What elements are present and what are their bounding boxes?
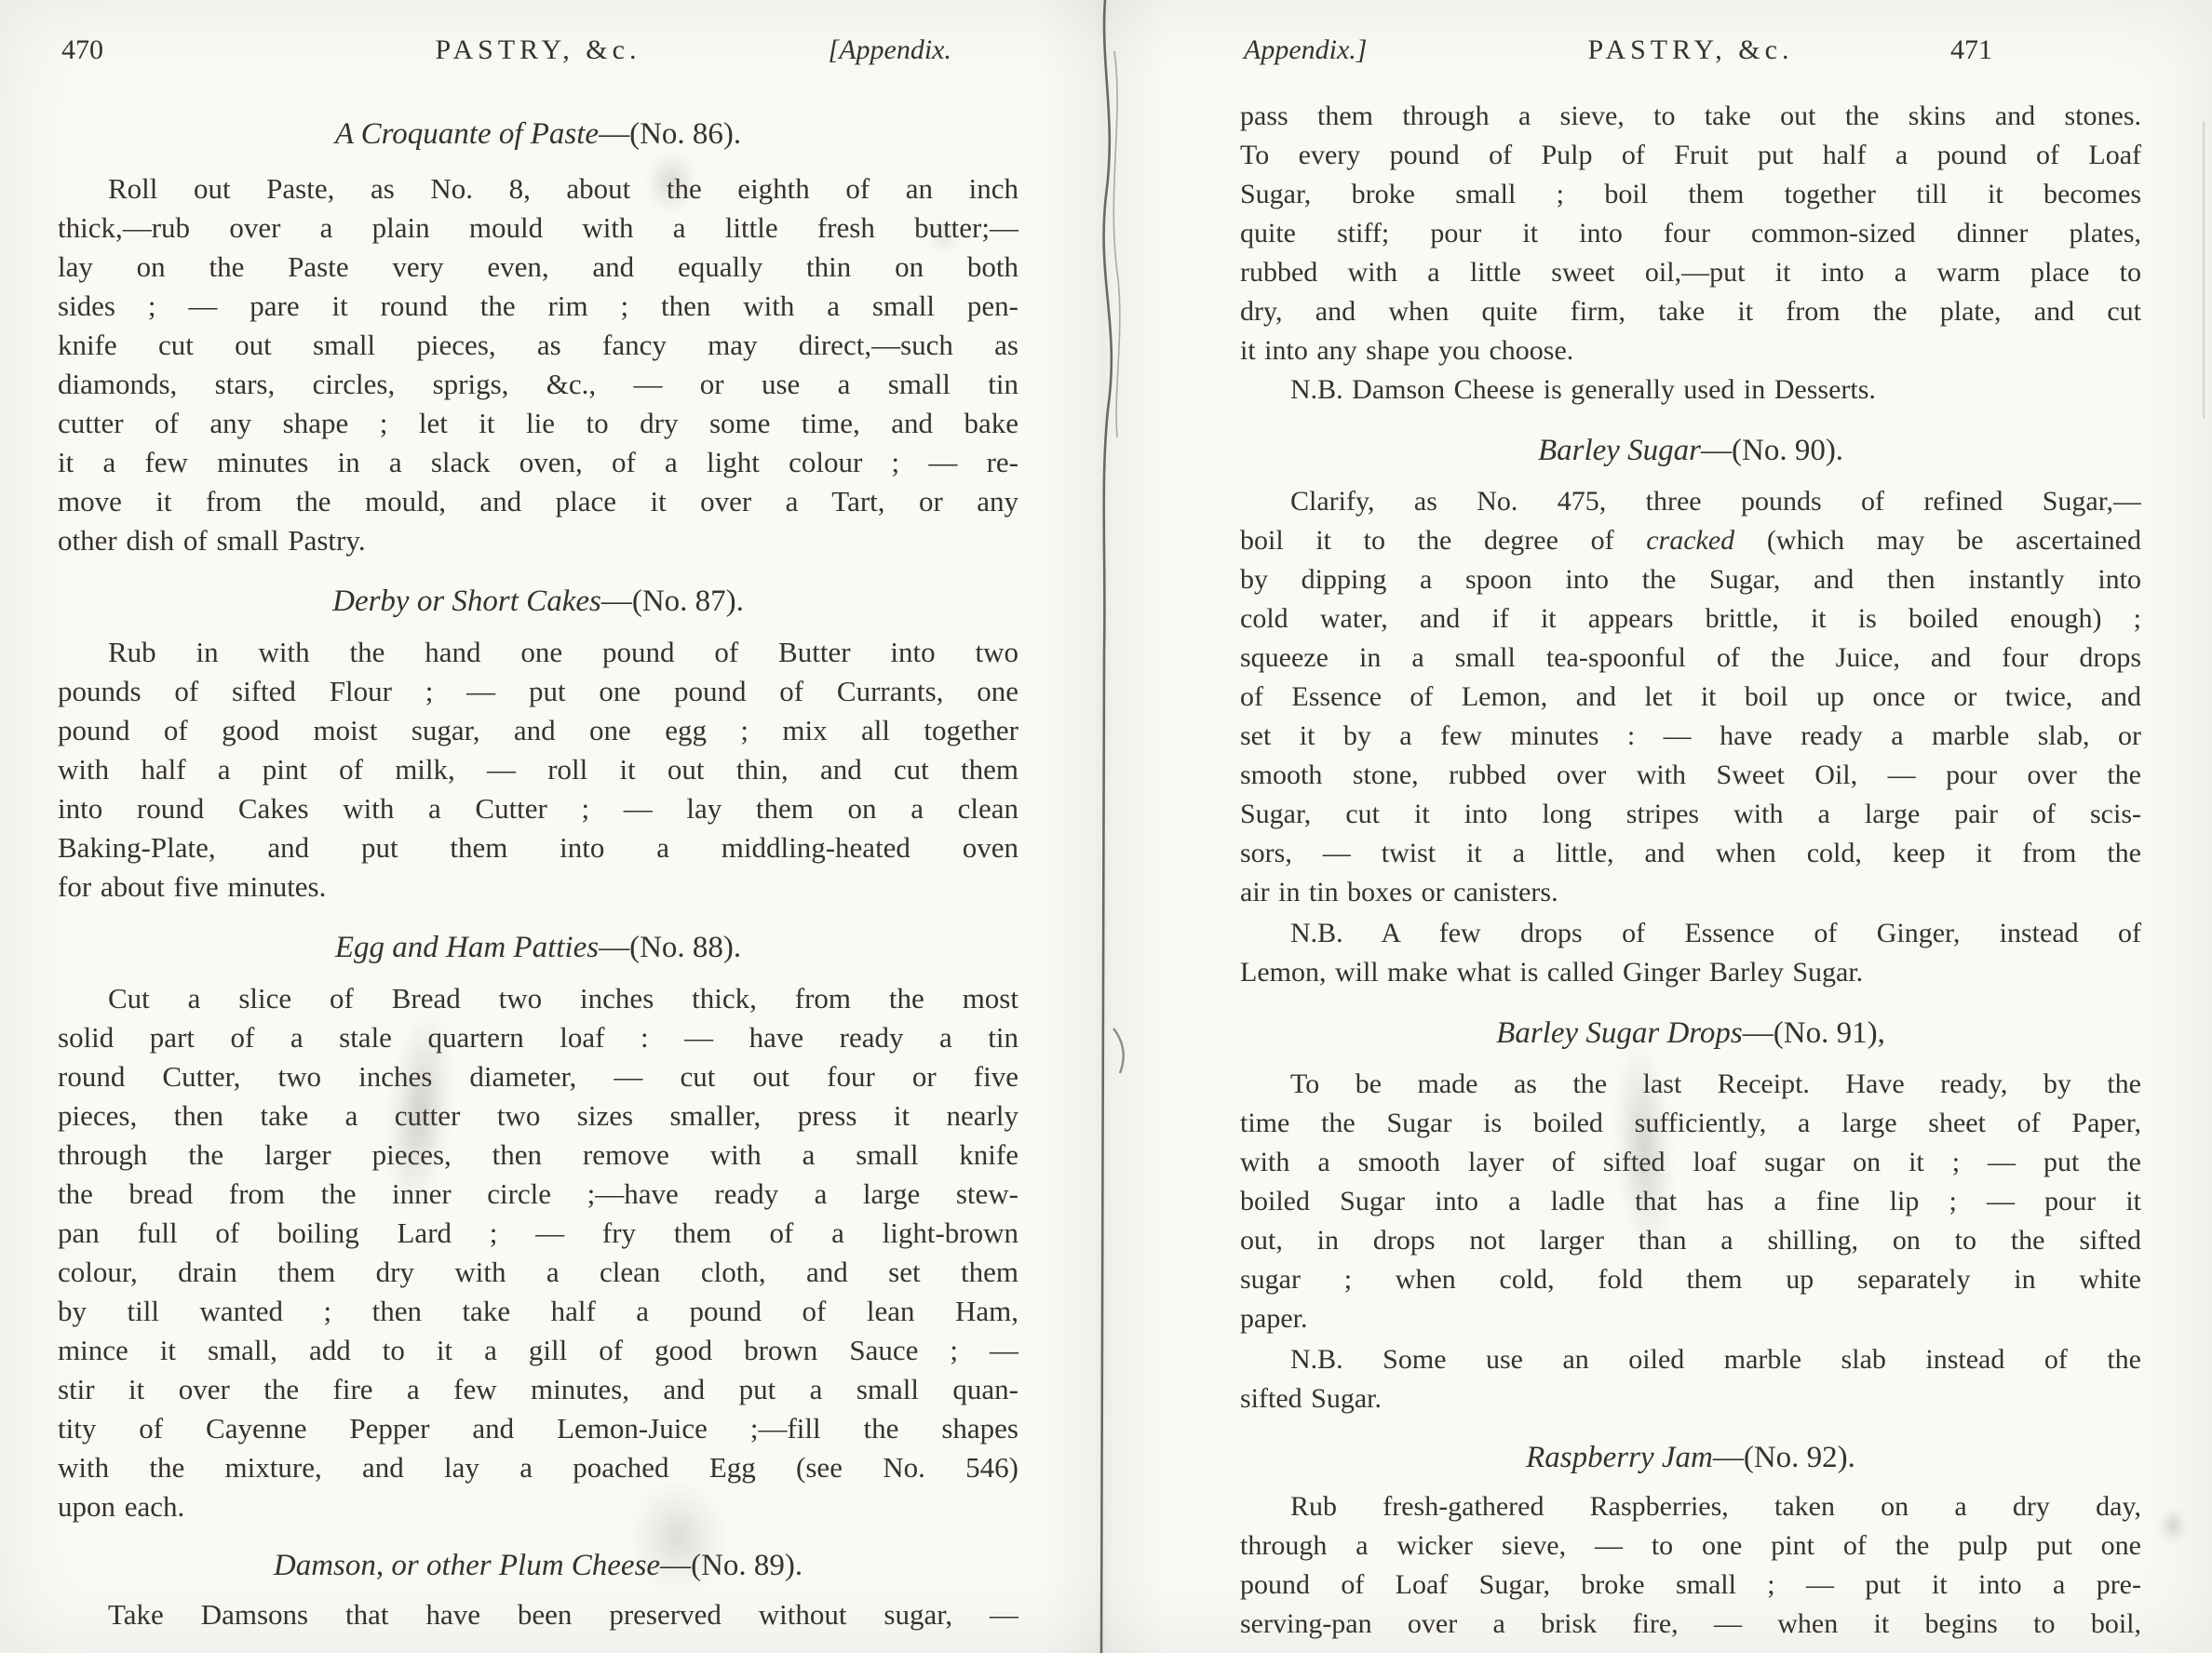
text-line: cold water, and if it appears brittle, i… — [1240, 599, 2141, 638]
text-line: Baking-Plate, and put them into a middli… — [58, 828, 1018, 867]
heading-number: —(No. 92). — [1713, 1441, 1855, 1474]
recipe-heading-88: Egg and Ham Patties—(No. 88). — [58, 927, 1018, 968]
text-line: through the larger pieces, then remove w… — [58, 1136, 1018, 1175]
paper-edge-line — [2203, 121, 2205, 419]
text-line: pounds of sifted Flour ; — put one pound… — [58, 672, 1018, 711]
text-line: diamonds, stars, circles, sprigs, &c., —… — [58, 365, 1018, 404]
text-line: pound of Loaf Sugar, broke small ; — put… — [1240, 1566, 2141, 1605]
text-line: other dish of small Pastry. — [58, 521, 1018, 560]
text-line: Clarify, as No. 475, three pounds of ref… — [1240, 482, 2141, 521]
text-line: it into any shape you choose. — [1240, 331, 2141, 370]
heading-number: —(No. 90). — [1701, 434, 1843, 467]
text-line: quite stiff; pour it into four common-si… — [1240, 214, 2141, 253]
text-line: N.B. Damson Cheese is generally used in … — [1240, 370, 2141, 410]
text-line: round Cutter, two inches diameter, — cut… — [58, 1057, 1018, 1096]
heading-title: Egg and Ham Patties — [335, 931, 599, 964]
paragraph-92: Rub fresh-gathered Raspberries, taken on… — [1240, 1487, 2141, 1644]
recipe-heading-91: Barley Sugar Drops—(No. 91), — [1240, 1013, 2141, 1054]
heading-title: Damson, or other Plum Cheese — [274, 1549, 660, 1582]
text-line: air in tin boxes or canisters. — [1240, 873, 2141, 912]
text-line: pan full of boiling Lard ; — fry them of… — [58, 1214, 1018, 1253]
text-line: move it from the mould, and place it ove… — [58, 482, 1018, 521]
text-line: with the mixture, and lay a poached Egg … — [58, 1448, 1018, 1487]
text-line: Sugar, cut it into long stripes with a l… — [1240, 795, 2141, 834]
text-line: solid part of a stale quartern loaf : — … — [58, 1018, 1018, 1057]
paragraph-87: Rub in with the hand one pound of Butter… — [58, 633, 1018, 907]
heading-number: —(No. 86). — [599, 117, 741, 151]
paragraph-90: Clarify, as No. 475, three pounds of ref… — [1240, 482, 2141, 912]
text-line: serving-pan over a brisk fire, — when it… — [1240, 1605, 2141, 1644]
text-line: out, in drops not larger than a shilling… — [1240, 1221, 2141, 1260]
text-line: N.B. Some use an oiled marble slab inste… — [1240, 1340, 2141, 1379]
line-fragment-italic: cracked — [1646, 525, 1734, 556]
text-line: upon each. — [58, 1487, 1018, 1526]
text-line: sides ; — pare it round the rim ; then w… — [58, 287, 1018, 326]
text-line: Rub in with the hand one pound of Butter… — [58, 633, 1018, 672]
line-fragment: boil it to the degree of — [1240, 525, 1646, 556]
text-line: knife cut out small pieces, as fancy may… — [58, 326, 1018, 365]
text-line: thick,—rub over a plain mould with a lit… — [58, 208, 1018, 248]
right-page: Appendix.] PASTRY, &c. 471 pass them thr… — [1240, 32, 2141, 1644]
text-line: dry, and when quite firm, take it from t… — [1240, 292, 2141, 331]
recipe-heading-89: Damson, or other Plum Cheese—(No. 89). — [58, 1545, 1018, 1586]
text-line: pound of good moist sugar, and one egg ;… — [58, 711, 1018, 750]
text-line: Cut a slice of Bread two inches thick, f… — [58, 979, 1018, 1018]
right-page-header: Appendix.] PASTRY, &c. 471 — [1240, 32, 2141, 69]
nota-bene-ginger: N.B. A few drops of Essence of Ginger, i… — [1240, 914, 2141, 992]
text-line: of Essence of Lemon, and let it boil up … — [1240, 678, 2141, 717]
text-line: paper. — [1240, 1299, 2141, 1338]
text-line: cutter of any shape ; let it lie to dry … — [58, 404, 1018, 443]
text-line: rubbed with a little sweet oil,—put it i… — [1240, 253, 2141, 292]
ink-smudge — [2162, 1510, 2184, 1541]
text-line: by dipping a spoon into the Sugar, and t… — [1240, 560, 2141, 599]
paragraph-88: Cut a slice of Bread two inches thick, f… — [58, 979, 1018, 1526]
text-line: Lemon, will make what is called Ginger B… — [1240, 953, 2141, 992]
text-line: boiled Sugar into a ladle that has a fin… — [1240, 1182, 2141, 1221]
text-line: To be made as the last Receipt. Have rea… — [1240, 1065, 2141, 1104]
heading-title: Raspberry Jam — [1526, 1441, 1713, 1474]
paragraph-91: To be made as the last Receipt. Have rea… — [1240, 1065, 2141, 1338]
text-line: time the Sugar is boiled sufficiently, a… — [1240, 1104, 2141, 1143]
text-line: through a wicker sieve, — to one pint of… — [1240, 1526, 2141, 1566]
text-line: for about five minutes. — [58, 867, 1018, 907]
recipe-heading-86: A Croquante of Paste—(No. 86). — [58, 114, 1018, 155]
text-line: stir it over the fire a few minutes, and… — [58, 1370, 1018, 1409]
text-line-rich: boil it to the degree of cracked (which … — [1240, 521, 2141, 560]
text-line: colour, drain them dry with a clean clot… — [58, 1253, 1018, 1292]
recipe-heading-92: Raspberry Jam—(No. 92). — [1240, 1437, 2141, 1478]
text-line: smooth stone, rubbed over with Sweet Oil… — [1240, 756, 2141, 795]
text-line: by till wanted ; then take half a pound … — [58, 1292, 1018, 1331]
heading-number: —(No. 88). — [599, 931, 741, 964]
heading-title: Derby or Short Cakes — [332, 585, 601, 618]
nota-bene-damson: N.B. Damson Cheese is generally used in … — [1240, 370, 2141, 410]
book-scan: 470 PASTRY, &c. [Appendix. A Croquante o… — [0, 0, 2212, 1653]
text-line: N.B. A few drops of Essence of Ginger, i… — [1240, 914, 2141, 953]
heading-number: —(No. 87). — [601, 585, 744, 618]
page-number-right: 471 — [1950, 32, 1992, 69]
text-line: Roll out Paste, as No. 8, about the eigh… — [58, 169, 1018, 208]
text-line: with half a pint of milk, — roll it out … — [58, 750, 1018, 789]
text-line: Take Damsons that have been preserved wi… — [58, 1595, 1018, 1634]
recipe-heading-87: Derby or Short Cakes—(No. 87). — [58, 581, 1018, 622]
paragraph-86: Roll out Paste, as No. 8, about the eigh… — [58, 169, 1018, 560]
heading-title: A Croquante of Paste — [335, 117, 599, 151]
text-line: into round Cakes with a Cutter ; — lay t… — [58, 789, 1018, 828]
text-line: lay on the Paste very even, and equally … — [58, 248, 1018, 287]
text-line: sifted Sugar. — [1240, 1379, 2141, 1418]
paragraph-89-continued: pass them through a sieve, to take out t… — [1240, 97, 2141, 370]
heading-number: —(No. 91), — [1743, 1016, 1885, 1050]
text-line: mince it small, add to it a gill of good… — [58, 1331, 1018, 1370]
text-line: with a smooth layer of sifted loaf sugar… — [1240, 1143, 2141, 1182]
appendix-label-left: [Appendix. — [829, 32, 951, 69]
text-line: it a few minutes in a slack oven, of a l… — [58, 443, 1018, 482]
gutter-shadow — [1041, 0, 1166, 1653]
text-line: the bread from the inner circle ;—have r… — [58, 1175, 1018, 1214]
text-line: sugar ; when cold, fold them up separate… — [1240, 1260, 2141, 1299]
text-line: Rub fresh-gathered Raspberries, taken on… — [1240, 1487, 2141, 1526]
heading-number: —(No. 89). — [660, 1549, 803, 1582]
text-line: sors, — twist it a little, and when cold… — [1240, 834, 2141, 873]
heading-title: Barley Sugar — [1538, 434, 1701, 467]
text-line: To every pound of Pulp of Fruit put half… — [1240, 136, 2141, 175]
heading-title: Barley Sugar Drops — [1496, 1016, 1743, 1050]
line-fragment: (which may be ascertained — [1734, 525, 2141, 556]
left-page-header: 470 PASTRY, &c. [Appendix. — [58, 32, 1018, 69]
text-line: Sugar, broke small ; boil them together … — [1240, 175, 2141, 214]
text-line: set it by a few minutes : — have ready a… — [1240, 717, 2141, 756]
text-line: pieces, then take a cutter two sizes sma… — [58, 1096, 1018, 1136]
recipe-heading-90: Barley Sugar—(No. 90). — [1240, 430, 2141, 471]
left-page: 470 PASTRY, &c. [Appendix. A Croquante o… — [58, 32, 1018, 1634]
running-title-right: PASTRY, &c. — [1240, 32, 2141, 69]
text-line: pass them through a sieve, to take out t… — [1240, 97, 2141, 136]
nota-bene-marble-slab: N.B. Some use an oiled marble slab inste… — [1240, 1340, 2141, 1418]
text-line: squeeze in a small tea-spoonful of the J… — [1240, 638, 2141, 678]
paragraph-89: Take Damsons that have been preserved wi… — [58, 1595, 1018, 1634]
text-line: tity of Cayenne Pepper and Lemon-Juice ;… — [58, 1409, 1018, 1448]
